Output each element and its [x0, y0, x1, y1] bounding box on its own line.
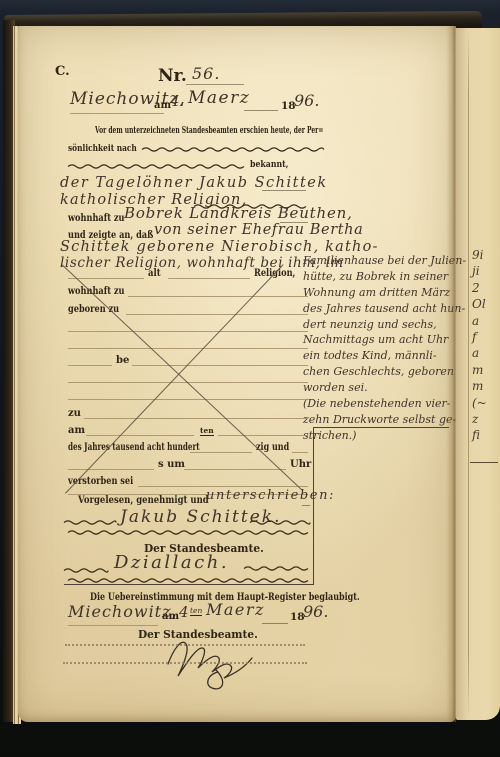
registrar-signature-scribble: [158, 632, 270, 690]
blank-rule: [190, 452, 252, 453]
intro-known: bekannt,: [250, 159, 288, 170]
form-sum-label: s um: [158, 459, 185, 470]
certification-day: 4: [179, 603, 189, 621]
strike-x-line: [61, 264, 302, 491]
report-line3: lischer Religion, wohnhaft bei ihm, im: [60, 255, 344, 271]
margin-note-line: worden sei.: [303, 381, 455, 397]
date-fill-dash: [244, 110, 278, 111]
certification-year-hand: 96.: [303, 602, 328, 621]
place-baseline: [70, 113, 164, 114]
blank-rule: [68, 365, 112, 366]
read-approved-label: Vorgelesen, genehmigt und: [78, 495, 209, 506]
fragment: 2: [472, 281, 487, 297]
adjacent-page: 9i ji 2 Ol a f a m m (~ z fi: [456, 28, 500, 720]
adjacent-page-text-fragments: 9i ji 2 Ol a f a m m (~ z fi: [472, 248, 487, 445]
margin-note-line: Familienhause bei der Julien-: [303, 254, 455, 270]
blank-rule: [86, 435, 194, 436]
form-zu-label: zu: [68, 408, 81, 419]
intro-line2: sönlichkeit nach: [68, 143, 137, 154]
margin-note-line: Nachmittags um acht Uhr: [303, 333, 455, 349]
fragment: m: [472, 379, 487, 395]
certificate-page: C. Nr. 56. Miechowitz, am 4. Maerz 18 96…: [18, 26, 456, 722]
blank-rule: [68, 278, 144, 279]
fragment: (~: [472, 396, 487, 412]
record-number-label: Nr.: [158, 66, 187, 86]
fragment: Ol: [472, 297, 487, 313]
certification-day-suffix: ten: [190, 606, 202, 616]
margin-note-line: (Die nebenstehenden vier-: [303, 397, 455, 413]
photographed-register-book: { "header": { "corner": "C.", "nr_label"…: [0, 0, 500, 757]
residence-label: wohnhaft zu: [68, 213, 125, 224]
record-number-value: 56.: [192, 64, 220, 83]
dotted-signature-line: [65, 644, 305, 646]
blank-rule: [68, 399, 308, 400]
fill-squiggle: [68, 528, 310, 537]
place-baseline: [68, 625, 158, 626]
fill-dash: [262, 190, 306, 191]
blank-rule: [128, 296, 308, 297]
certification-am-label: am: [162, 611, 179, 622]
margin-note-line: Wohnung am dritten März: [303, 286, 455, 302]
report-line2: Schittek geborene Nierobisch, katho-: [60, 239, 379, 255]
margin-note-line: hütte, zu Bobrek in seiner: [303, 270, 455, 286]
fragment: ji: [472, 264, 487, 280]
intro-line1: Vor dem unterzeichneten Standesbeamten e…: [95, 125, 323, 136]
blank-rule: [168, 278, 250, 279]
fragment: fi: [472, 428, 487, 444]
fragment: a: [472, 314, 487, 330]
fill-squiggle: [244, 564, 308, 573]
blank-rule: [68, 348, 308, 349]
fragment: z: [472, 412, 487, 428]
blank-rule: [132, 365, 308, 366]
fill-squiggle: [142, 145, 324, 154]
blank-rule: [138, 486, 308, 487]
header-day: 4.: [170, 92, 184, 110]
fragment: a: [472, 346, 487, 362]
form-alt-label: alt: [148, 268, 161, 279]
header-am-label: am: [154, 100, 171, 111]
blank-rule: [68, 331, 308, 332]
margin-note-line: chen Geschlechts, geboren: [303, 365, 455, 381]
fill-squiggle: [64, 566, 108, 575]
fill-squiggle: [64, 518, 116, 527]
header-year-hand: 96.: [294, 91, 319, 110]
blank-rule: [218, 435, 308, 436]
blank-rule: [184, 469, 286, 470]
margin-note-line: ein todtes Kind, männli-: [303, 349, 455, 365]
fill-squiggle: [250, 518, 310, 527]
fill-squiggle: [68, 576, 310, 585]
blank-rule: [68, 469, 154, 470]
form-ten-label: ten: [200, 426, 214, 436]
fill-dash: [262, 623, 288, 624]
section-frame-top: [313, 427, 449, 428]
residence-value: Bobrek Landkreis Beuthen,: [124, 204, 353, 222]
dotted-signature-line: [63, 662, 307, 664]
registrar-signature: Dziallach.: [114, 552, 229, 573]
form-be-label: be: [116, 355, 129, 366]
form-year-line: des Jahres tausend acht hundert: [68, 442, 200, 453]
fragment: f: [472, 330, 487, 346]
margin-note-line: des Jahres tausend acht hun-: [303, 302, 455, 318]
fragment: m: [472, 363, 487, 379]
declarant-occupation-name: der Tagelöhner Jakub Schittek: [60, 175, 328, 191]
blank-rule: [292, 452, 308, 453]
fill-squiggle: [68, 162, 246, 171]
header-month: Maerz: [188, 88, 250, 108]
fragment: 9i: [472, 248, 487, 264]
form-letter-c: C.: [55, 64, 70, 79]
certification-month: Maerz: [206, 600, 265, 619]
blank-rule: [126, 314, 308, 315]
report-start: von seiner Ehefrau Bertha: [154, 222, 363, 238]
adjacent-page-underline: [470, 462, 498, 463]
form-uhr-label: Uhr: [290, 459, 311, 470]
margin-note-line: strichen.): [303, 429, 455, 445]
section-frame-right: [313, 427, 314, 585]
signed-hand-word: unterschrieben:: [206, 488, 335, 503]
form-am-label: am: [68, 425, 85, 436]
number-underline: [186, 84, 244, 85]
margin-note: Familienhause bei der Julien- hütte, zu …: [303, 254, 455, 445]
blank-rule: [84, 418, 308, 419]
margin-note-line: dert neunzig und sechs,: [303, 318, 455, 334]
fill-dash: [302, 505, 310, 506]
